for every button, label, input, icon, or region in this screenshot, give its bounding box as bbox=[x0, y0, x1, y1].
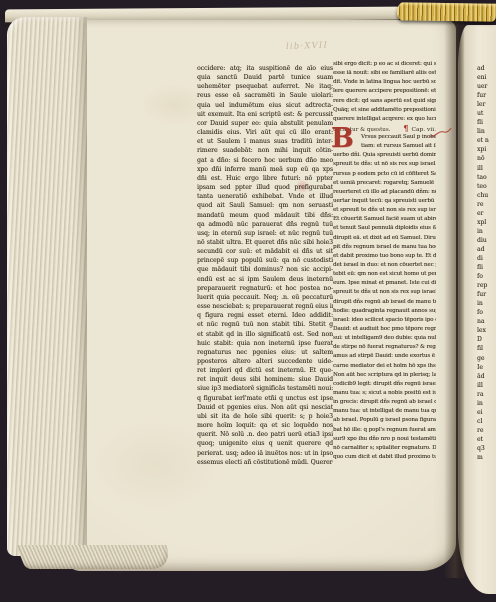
text-line: cor Dauid super eo: quia abstulit penula… bbox=[197, 119, 333, 128]
text-line: usq; in eternū sup israel: et nūc regnū … bbox=[197, 229, 333, 238]
text-line: nō carnaliter s; spūaliter regnaturo. De bbox=[333, 444, 436, 453]
text-line: quoq; unigenito eius q uenit querere qd bbox=[197, 439, 333, 448]
text-line: reuerteret cū illo ad placandū dñm: nō r… bbox=[333, 188, 436, 197]
text-line: pit dñs regnum israel de manu tua hodie: bbox=[333, 243, 436, 252]
text-line: tiam: et rursus Samuel ait illi in bbox=[333, 142, 436, 151]
text-line: chu bbox=[477, 191, 496, 200]
right-text-column-chapter7: Vrsus peccauit Saul p inobediē-tiam: et … bbox=[333, 133, 436, 462]
text-line: teo bbox=[477, 182, 496, 191]
text-line: ler bbox=[477, 100, 496, 109]
red-pen-stroke-mark bbox=[429, 126, 453, 140]
text-line: rep bbox=[477, 281, 496, 290]
text-line: mandatū meum quod mādauit tibi dñs: bbox=[197, 211, 333, 220]
pilcrow-rubric-icon: ¶ bbox=[403, 124, 408, 133]
text-line: querit. Nō solū .n. deo patri uerū etia3… bbox=[197, 430, 333, 439]
text-line: fur bbox=[477, 91, 496, 100]
text-line: preparauerit regnaturū: et hoc postea no… bbox=[197, 284, 333, 293]
text-line: uehemēter psequebat auferret. Ne itaq; bbox=[197, 82, 333, 91]
text-line: quo cum dicit et dabit illud proximo tuo… bbox=[333, 453, 436, 462]
text-line: fil bbox=[477, 344, 496, 353]
text-line: di bbox=[477, 254, 496, 263]
text-line: quia uel indumētum eius sicut adtrecta- bbox=[197, 101, 333, 110]
text-line: ret inquit deus sibi hominem: siue Dauid bbox=[197, 375, 333, 384]
text-line: rursus p eodem pcto cū id cōfiteret Saul bbox=[333, 170, 436, 179]
text-line: Quāq; et sine additamēto prepositionis bbox=[333, 106, 436, 115]
text-line: Non aūt hec scriptura qd in plerisq; lat… bbox=[333, 371, 436, 380]
text-line: Ie bbox=[477, 363, 496, 372]
text-line: nō stabit ultra. Et queret dñs nūc sibi … bbox=[197, 238, 333, 247]
text-line: dñi est. Huic ergo libre futuri: nō ppte… bbox=[197, 174, 333, 183]
text-line: codicib9 legit: dirupit dñs regnū israel… bbox=[333, 380, 436, 389]
text-line: uerbo dñi. Quia spreuisti uerbū domini: bbox=[333, 151, 436, 160]
folio-inscription: lib·XVII bbox=[286, 40, 346, 52]
text-line: ret impleri qd dictū est ineternū. Et qu… bbox=[197, 366, 333, 375]
text-line: princepē sup populū suū: qa nō custodist… bbox=[197, 256, 333, 265]
fore-edge-page-stack bbox=[7, 17, 87, 556]
text-line: D bbox=[477, 335, 496, 344]
text-line: Dauid: et audiuit hoc pmo tēpore regni bbox=[333, 325, 436, 334]
text-line: regnaturus nec pgenies eius: ut saltem bbox=[197, 348, 333, 357]
text-line: quia sanctū Dauid partē tunice suam bbox=[197, 73, 333, 82]
text-line: et tenuit Saul pennulā diploidis eius & bbox=[333, 224, 436, 233]
gilt-gauffered-edge bbox=[397, 2, 496, 21]
text-line: esse iā nouit: sibi ee familiarē aliis o… bbox=[333, 69, 436, 78]
text-line: gat a dño: si fecero hoc uerbum dño meo bbox=[197, 156, 333, 165]
text-line: israel: ideo scilicet spacio tēporis ipo… bbox=[333, 316, 436, 325]
text-line: eum. Ipse minat et pmanet. Iste cui dixi… bbox=[333, 279, 436, 288]
text-line: essemus electi añ cōstitutionē mūdi. Que… bbox=[197, 458, 333, 467]
text-line: dirupit dñs regnū ab israel de manu tua bbox=[333, 298, 436, 307]
text-line: in grecis: dirupit dñs regnū ab israel d… bbox=[333, 398, 436, 407]
text-line: rimere suadebāt: non mihi inquit cōtin- bbox=[197, 146, 333, 155]
text-line: sui: ut intelligam9 deo dubie: quia null… bbox=[333, 334, 436, 343]
text-line: qa admodū nūc parauerat dñs regnū tuū bbox=[197, 220, 333, 229]
text-line: more hoīm loquit: qa et sic loquēdo nos bbox=[197, 421, 333, 430]
text-line: fur bbox=[477, 290, 496, 299]
text-line: lin bbox=[477, 127, 496, 136]
text-line: ut bbox=[477, 109, 496, 118]
text-line: de stirpe nō fuerat regnaturus? & regn- bbox=[333, 343, 436, 352]
text-line: amus ad stirpē Dauid: unde exortus ē in bbox=[333, 352, 436, 361]
text-line: hodie: quadraginta regnauit annos sup bbox=[333, 307, 436, 316]
text-line: manu tua: ut intelligat de manu tua qd ē bbox=[333, 407, 436, 416]
text-line: tao bbox=[477, 173, 496, 182]
photograph-of-open-incunable: lib·XVII occidere: atq; ita suspitionē d… bbox=[0, 0, 496, 602]
text-line: q3 bbox=[477, 444, 496, 453]
text-line: diu bbox=[477, 236, 496, 245]
text-line: cl bbox=[477, 417, 496, 426]
text-line: eni bbox=[477, 73, 496, 82]
fore-edge-bottom-taper bbox=[16, 545, 176, 569]
text-line: ill bbox=[477, 164, 496, 173]
text-line: manu tua: s; sicut a nobis positū est iu… bbox=[333, 389, 436, 398]
text-line: Vrsus peccauit Saul p inobediē- bbox=[333, 133, 436, 142]
text-line: ad bbox=[477, 245, 496, 254]
text-line: lere querere accipere prepositionē: et a… bbox=[333, 87, 436, 96]
text-line: sibi ergo dicit: p eo ac si diceret: qui… bbox=[333, 60, 436, 69]
text-line: occidere: atq; ita suspitionē de aīo eiu… bbox=[197, 64, 333, 73]
text-line: in bbox=[477, 399, 496, 408]
text-line: in bbox=[477, 227, 496, 236]
text-line: xpi bbox=[477, 145, 496, 154]
text-line: dirupit eā. et dixit ad eū Samuel. Diru- bbox=[333, 234, 436, 243]
text-line: perierat. usq; adeo iā inuētos nos: ut i… bbox=[197, 449, 333, 458]
text-line: endū est ac si ipm Saulem deus ineternū bbox=[197, 275, 333, 284]
text-line: tanta ueneratiō exhibebat. Vnde et illud bbox=[197, 192, 333, 201]
text-line: na bbox=[477, 317, 496, 326]
left-text-column: occidere: atq; ita suspitionē de aīo eiu… bbox=[197, 64, 333, 467]
text-line: uer bbox=[477, 82, 496, 91]
text-line: det israel in duo: et non cōuertet nec p… bbox=[333, 261, 436, 270]
text-line: carne mediator dei et hoīm hō xps ihs. bbox=[333, 362, 436, 371]
text-line: ge bbox=[477, 354, 496, 363]
text-line: re bbox=[477, 200, 496, 209]
text-line: re bbox=[477, 426, 496, 435]
text-line: rere dicit: qd sans apertū est quid sign… bbox=[333, 97, 436, 106]
text-line: siue ip3 mediatorē significās testamēti … bbox=[197, 384, 333, 393]
text-line: et nūc regnū tuū non stabit tibi. Stetit… bbox=[197, 320, 333, 329]
text-line: bat hō ille: q popl's regnum fuerat amis… bbox=[333, 426, 436, 435]
text-line: fli bbox=[477, 263, 496, 272]
text-line: et bbox=[477, 435, 496, 444]
text-line: et stabit qd in illo significatū est. Se… bbox=[197, 330, 333, 339]
text-line: lex bbox=[477, 326, 496, 335]
text-line: secundū cor suū: et mādabit ei dñs ut si… bbox=[197, 247, 333, 256]
text-line: ei bbox=[477, 408, 496, 417]
text-line: et ueniā precaret: rogaretq; Samuelē ut bbox=[333, 179, 436, 188]
text-line: et ut Saulem ī manus suas traditū inter- bbox=[197, 137, 333, 146]
text-line: ubi sit ita de hoīe sibi querit: s; p ho… bbox=[197, 412, 333, 421]
text-line: clamidis eius. Viri aūt qui cū illo eran… bbox=[197, 128, 333, 137]
text-line: ra bbox=[477, 390, 496, 399]
text-line: fli bbox=[477, 118, 496, 127]
text-line: reus esse eā sacramēti in Saule uiolari: bbox=[197, 91, 333, 100]
text-line: q figura regni esset eterni. Ideo addidi… bbox=[197, 311, 333, 320]
text-line: et n bbox=[477, 136, 496, 145]
text-line: fo bbox=[477, 272, 496, 281]
text-line: nō bbox=[477, 154, 496, 163]
text-line: spreuit te dñs ut non sis rex sup israel… bbox=[333, 288, 436, 297]
text-line: dit. Vnde in latina lingua hoc uerbū so- bbox=[333, 78, 436, 87]
text-line: xpo dñi inferre manū meā sup eū qa xps bbox=[197, 165, 333, 174]
text-line: esse nesciebat: s; preparauerat regnū ei… bbox=[197, 302, 333, 311]
text-line: que mādauit tibi dominus? non sic accipi… bbox=[197, 265, 333, 274]
text-line: et dabit proximo tuo bono sup te. Et diu… bbox=[333, 252, 436, 261]
text-line: quod ait Sauli Samuel: qm non seruasti bbox=[197, 201, 333, 210]
text-line: ill bbox=[477, 381, 496, 390]
text-line: ipsam sed ppter illud quod prefigurabat bbox=[197, 183, 333, 192]
text-line: spreuit te dñs: ut nō sis rex sup israel… bbox=[333, 160, 436, 169]
text-line: m bbox=[477, 453, 496, 462]
text-line: luerit quia peccauit. Neq; .n. eū peccat… bbox=[197, 293, 333, 302]
text-line: q figurabat ierl'mate etñi q unctus est … bbox=[197, 394, 333, 403]
text-line: ab israel. Populū g israel psona figurat… bbox=[333, 416, 436, 425]
text-line: tebit eū: qm non est sicut homo ut penit… bbox=[333, 270, 436, 279]
text-line: pposteros altero alteri succedente uide- bbox=[197, 357, 333, 366]
gutter-shadow bbox=[444, 20, 464, 578]
text-line: uit exemuit. Ita eni scriptū est: & perc… bbox=[197, 110, 333, 119]
facing-page-text-fragments: adeniuerfurlerutflilinet nxpinōilltaoteo… bbox=[477, 64, 496, 462]
text-line: er bbox=[477, 209, 496, 218]
text-line: sur9 xpo ihu dño nro p noui testamēti bbox=[333, 435, 436, 444]
text-line: ad bbox=[477, 64, 496, 73]
text-line: et spreuit te dñs ut non sis rex sup isr… bbox=[333, 206, 436, 215]
text-line: huic stabit: quia non ineternū ipse fuer… bbox=[197, 339, 333, 348]
text-line: xpl bbox=[477, 218, 496, 227]
text-line: in bbox=[477, 299, 496, 308]
right-text-column-chapter6-end: sibi ergo dicit: p eo ac si diceret: qui… bbox=[333, 60, 436, 124]
text-line: Et cōuertit Samuel faciē suam ut abiret: bbox=[333, 215, 436, 224]
text-line: uertar inquit tecū: qa spreuisti uerbū d… bbox=[333, 197, 436, 206]
text-line: Dauid et pgenies eius. Non aūt qsi nesci… bbox=[197, 403, 333, 412]
text-line: ād bbox=[477, 372, 496, 381]
text-line: fo bbox=[477, 308, 496, 317]
